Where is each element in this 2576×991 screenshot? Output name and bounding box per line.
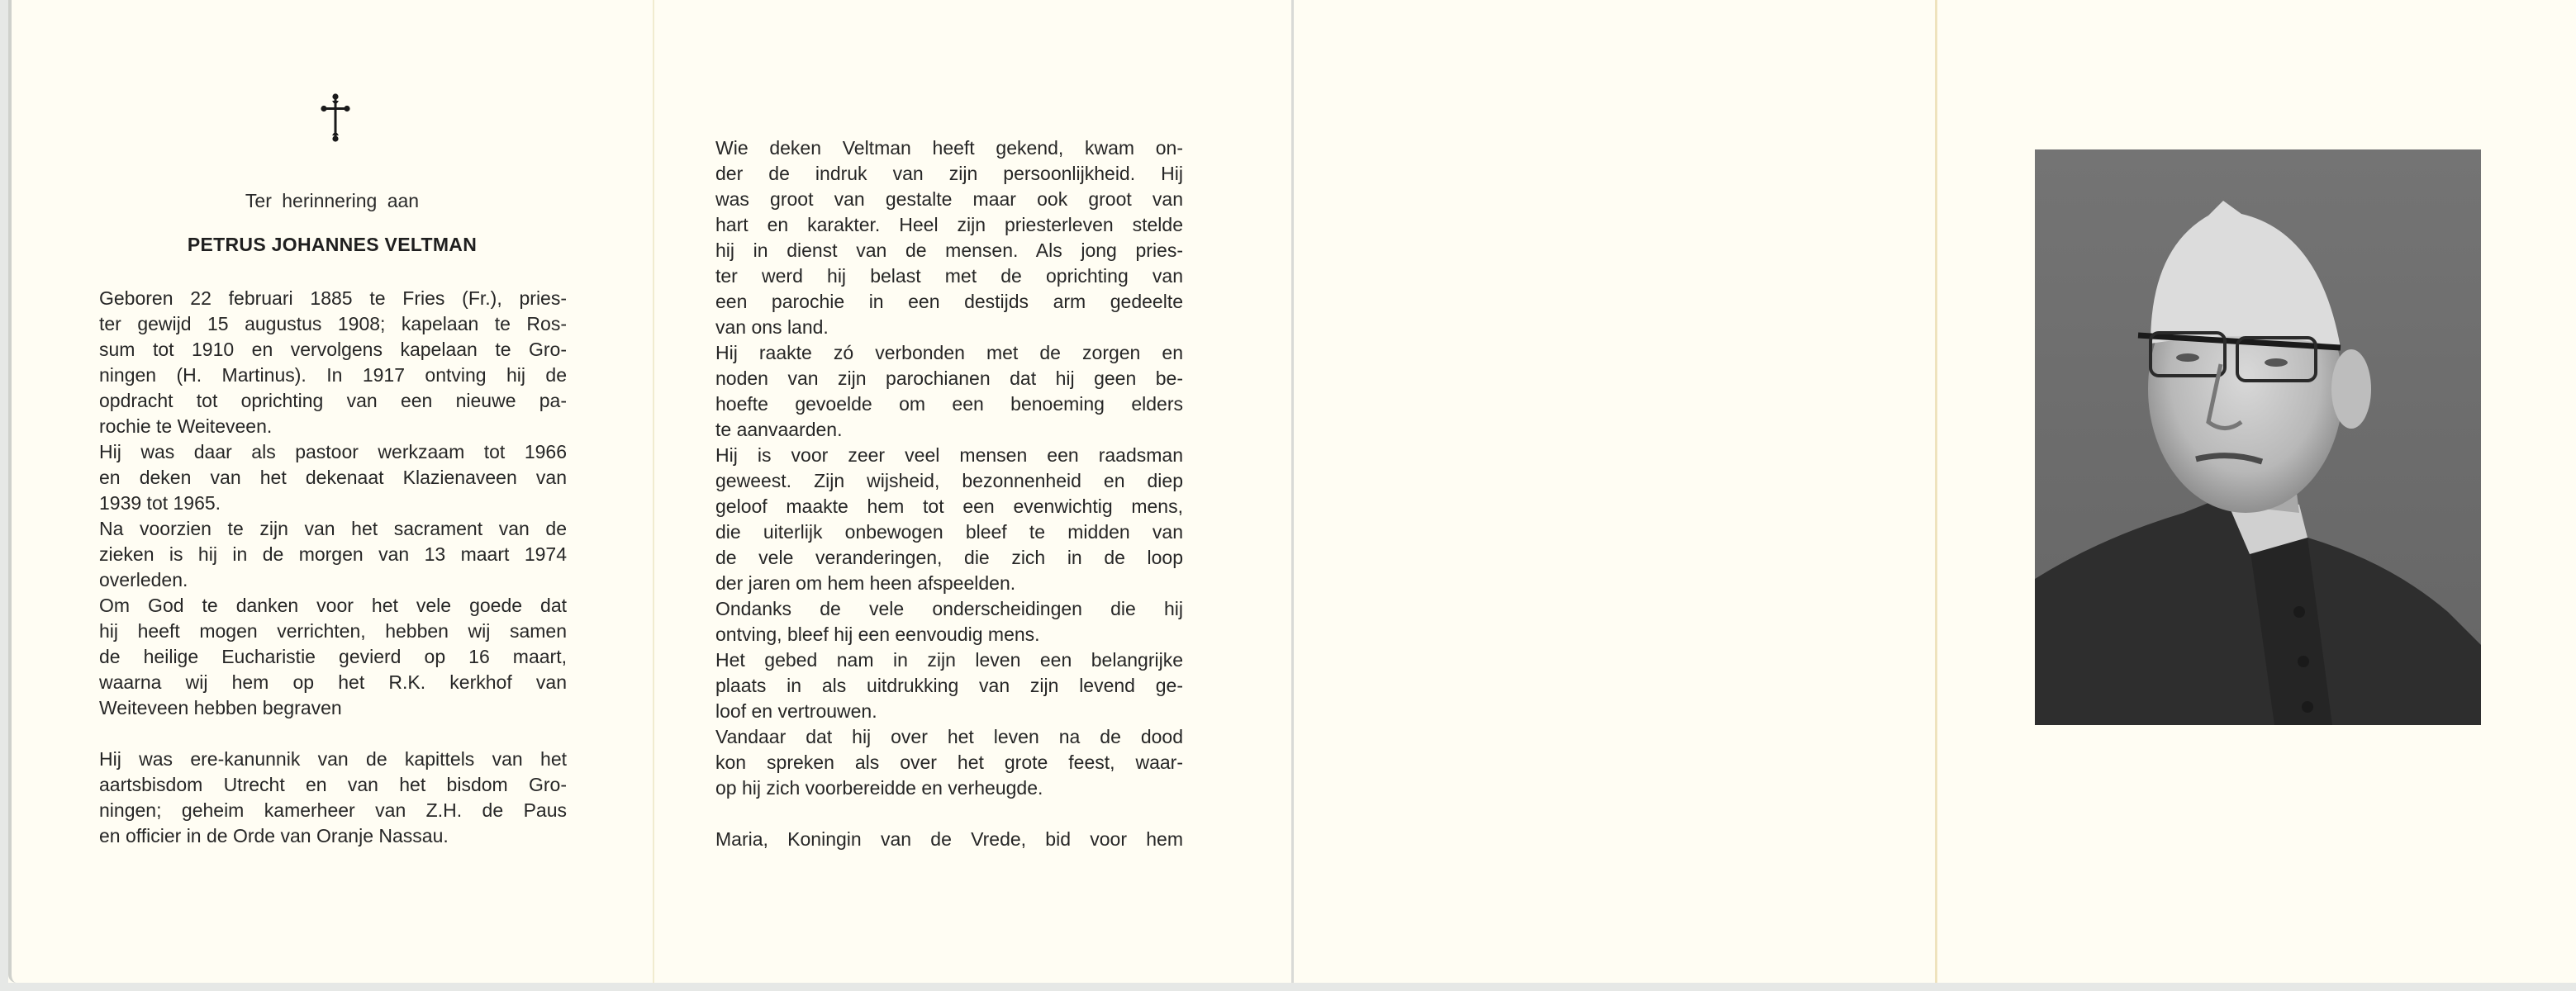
text-line: overleden. bbox=[99, 567, 567, 593]
text-line: Geboren 22 februari 1885 te Fries (Fr.),… bbox=[99, 286, 567, 311]
text-line: ontving, bleef hij een eenvoudig mens. bbox=[715, 622, 1183, 647]
text-line: die uiterlijk onbewogen bleef te midden … bbox=[715, 519, 1183, 545]
text-line: ter gewijd 15 augustus 1908; kapelaan te… bbox=[99, 311, 567, 337]
text-line: de vele veranderingen, die zich in de lo… bbox=[715, 545, 1183, 571]
portrait-photo bbox=[2035, 149, 2481, 725]
text-line: hoefte gevoelde om een benoeming elders bbox=[715, 391, 1183, 417]
text-line: rochie te Weiteveen. bbox=[99, 414, 567, 439]
deceased-name: PETRUS JOHANNES VELTMAN bbox=[12, 234, 653, 256]
text-line: waarna wij hem op het R.K. kerkhof van bbox=[99, 670, 567, 695]
text-line: opdracht tot oprichting van een nieuwe p… bbox=[99, 388, 567, 414]
text-line: ter werd hij belast met de oprichting va… bbox=[715, 263, 1183, 289]
text-line: geloof maakte hem tot een evenwichtig me… bbox=[715, 494, 1183, 519]
text-line: der jaren om hem heen afspeelden. bbox=[715, 571, 1183, 596]
text-line: aartsbisdom Utrecht en van het bisdom Gr… bbox=[99, 772, 567, 798]
text-line: Het gebed nam in zijn leven een belangri… bbox=[715, 647, 1183, 673]
text-line: Na voorzien te zijn van het sacrament va… bbox=[99, 516, 567, 542]
text-line: Ondanks de vele onderscheidingen die hij bbox=[715, 596, 1183, 622]
text-line: plaats in als uitdrukking van zijn leven… bbox=[715, 673, 1183, 699]
text-line: Maria, Koningin van de Vrede, bid voor h… bbox=[715, 827, 1183, 852]
text-line: Wie deken Veltman heeft gekend, kwam on- bbox=[715, 135, 1183, 161]
text-line: Om God te danken voor het vele goede dat bbox=[99, 593, 567, 619]
text-line: hij heeft mogen verrichten, hebben wij s… bbox=[99, 619, 567, 644]
panel-inner-text: Wie deken Veltman heeft gekend, kwam on-… bbox=[653, 0, 1291, 983]
text-line: hart en karakter. Heel zijn priesterleve… bbox=[715, 212, 1183, 238]
text-line: sum tot 1910 en vervolgens kapelaan te G… bbox=[99, 337, 567, 363]
text-line: was groot van gestalte maar ook groot va… bbox=[715, 187, 1183, 212]
text-line: ningen; geheim kamerheer van Z.H. de Pau… bbox=[99, 798, 567, 823]
text-line: 1939 tot 1965. bbox=[99, 491, 567, 516]
text-line: Hij is voor zeer veel mensen een raadsma… bbox=[715, 443, 1183, 468]
cross-icon bbox=[321, 92, 350, 142]
panel-photo bbox=[1935, 0, 2576, 983]
text-line: ningen (H. Martinus). In 1917 ontving hi… bbox=[99, 363, 567, 388]
panel-blank bbox=[1291, 0, 1935, 983]
text-line: Hij raakte zó verbonden met de zorgen en bbox=[715, 340, 1183, 366]
text-line: der de indruk van zijn persoonlijkheid. … bbox=[715, 161, 1183, 187]
text-line: Hij was ere-kanunnik van de kapittels va… bbox=[99, 747, 567, 772]
text-line: en deken van het dekenaat Klazienaveen v… bbox=[99, 465, 567, 491]
panel-front-text: Ter herinnering aan PETRUS JOHANNES VELT… bbox=[8, 0, 653, 983]
paragraph-gap bbox=[715, 801, 1183, 827]
text-line: te aanvaarden. bbox=[715, 417, 1183, 443]
text-line: van ons land. bbox=[715, 315, 1183, 340]
text-line: Vandaar dat hij over het leven na de doo… bbox=[715, 724, 1183, 750]
text-line: kon spreken als over het grote feest, wa… bbox=[715, 750, 1183, 775]
text-line: noden van zijn parochianen dat hij geen … bbox=[715, 366, 1183, 391]
tribute-text: Wie deken Veltman heeft gekend, kwam on-… bbox=[715, 135, 1183, 852]
text-line: de heilige Eucharistie gevierd op 16 maa… bbox=[99, 644, 567, 670]
text-line: hij in dienst van de mensen. Als jong pr… bbox=[715, 238, 1183, 263]
text-line: Hij was daar als pastoor werkzaam tot 19… bbox=[99, 439, 567, 465]
text-line: zieken is hij in de morgen van 13 maart … bbox=[99, 542, 567, 567]
memorial-heading: Ter herinnering aan bbox=[12, 190, 653, 212]
text-line: loof en vertrouwen. bbox=[715, 699, 1183, 724]
text-line: Weiteveen hebben begraven bbox=[99, 695, 567, 721]
text-line: geweest. Zijn wijsheid, bezonnenheid en … bbox=[715, 468, 1183, 494]
text-line: een parochie in een destijds arm gedeelt… bbox=[715, 289, 1183, 315]
paragraph-gap bbox=[99, 721, 567, 747]
text-line: op hij zich voorbereidde en verheugde. bbox=[715, 775, 1183, 801]
biography-text: Geboren 22 februari 1885 te Fries (Fr.),… bbox=[99, 286, 567, 849]
text-line: en officier in de Orde van Oranje Nassau… bbox=[99, 823, 567, 849]
